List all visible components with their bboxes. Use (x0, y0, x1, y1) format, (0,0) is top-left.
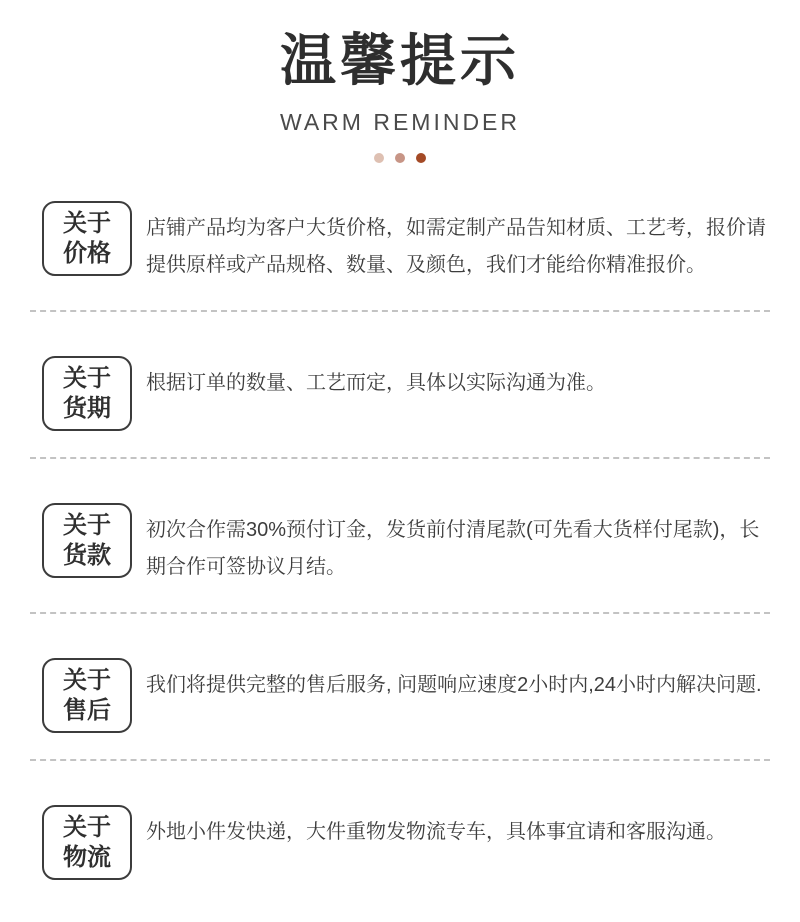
section-price-label-box: 关于 价格 (42, 201, 132, 276)
dot-icon (374, 153, 384, 163)
section-label-line1: 关于 (63, 813, 111, 843)
section-payment-label-box: 关于 货款 (42, 503, 132, 578)
dashed-divider (30, 759, 770, 761)
section-payment-text: 初次合作需30%预付订金，发货前付清尾款(可先看大货样付尾款)，长期合作可签协议… (146, 512, 770, 586)
section-leadtime: 关于 货期 根据订单的数量、工艺而定，具体以实际沟通为准。 (42, 356, 770, 431)
decorative-dots (0, 153, 800, 163)
section-leadtime-label-box: 关于 货期 (42, 356, 132, 431)
warm-reminder-page: 温馨提示 WARM REMINDER 关于 价格 店铺产品均为客户大货价格，如需… (0, 0, 800, 922)
section-label-line2: 物流 (63, 843, 111, 873)
dot-icon (395, 153, 405, 163)
page-subtitle: WARM REMINDER (0, 109, 800, 137)
section-label-line2: 货款 (63, 541, 111, 571)
header: 温馨提示 WARM REMINDER (0, 0, 800, 163)
section-label-line1: 关于 (63, 511, 111, 541)
section-aftersales: 关于 售后 我们将提供完整的售后服务, 问题响应速度2小时内,24小时内解决问题… (42, 658, 770, 733)
section-aftersales-label-box: 关于 售后 (42, 658, 132, 733)
section-payment: 关于 货款 初次合作需30%预付订金，发货前付清尾款(可先看大货样付尾款)，长期… (42, 503, 770, 586)
dot-icon (416, 153, 426, 163)
section-label-line1: 关于 (63, 666, 111, 696)
section-label-line2: 价格 (63, 239, 111, 269)
section-label-line2: 售后 (63, 696, 111, 726)
dashed-divider (30, 310, 770, 312)
sections-list: 关于 价格 店铺产品均为客户大货价格，如需定制产品告知材质、工艺考，报价请提供原… (0, 201, 800, 880)
section-price: 关于 价格 店铺产品均为客户大货价格，如需定制产品告知材质、工艺考，报价请提供原… (42, 201, 770, 284)
dashed-divider (30, 457, 770, 459)
dashed-divider (30, 612, 770, 614)
section-price-text: 店铺产品均为客户大货价格，如需定制产品告知材质、工艺考，报价请提供原样或产品规格… (146, 210, 770, 284)
page-title: 温馨提示 (0, 30, 800, 93)
section-label-line1: 关于 (63, 209, 111, 239)
section-logistics-text: 外地小件发快递，大件重物发物流专车，具体事宜请和客服沟通。 (146, 814, 726, 851)
section-label-line1: 关于 (63, 364, 111, 394)
section-logistics: 关于 物流 外地小件发快递，大件重物发物流专车，具体事宜请和客服沟通。 (42, 805, 770, 880)
section-label-line2: 货期 (63, 394, 111, 424)
section-logistics-label-box: 关于 物流 (42, 805, 132, 880)
section-aftersales-text: 我们将提供完整的售后服务, 问题响应速度2小时内,24小时内解决问题. (146, 667, 762, 704)
section-leadtime-text: 根据订单的数量、工艺而定，具体以实际沟通为准。 (146, 365, 606, 402)
